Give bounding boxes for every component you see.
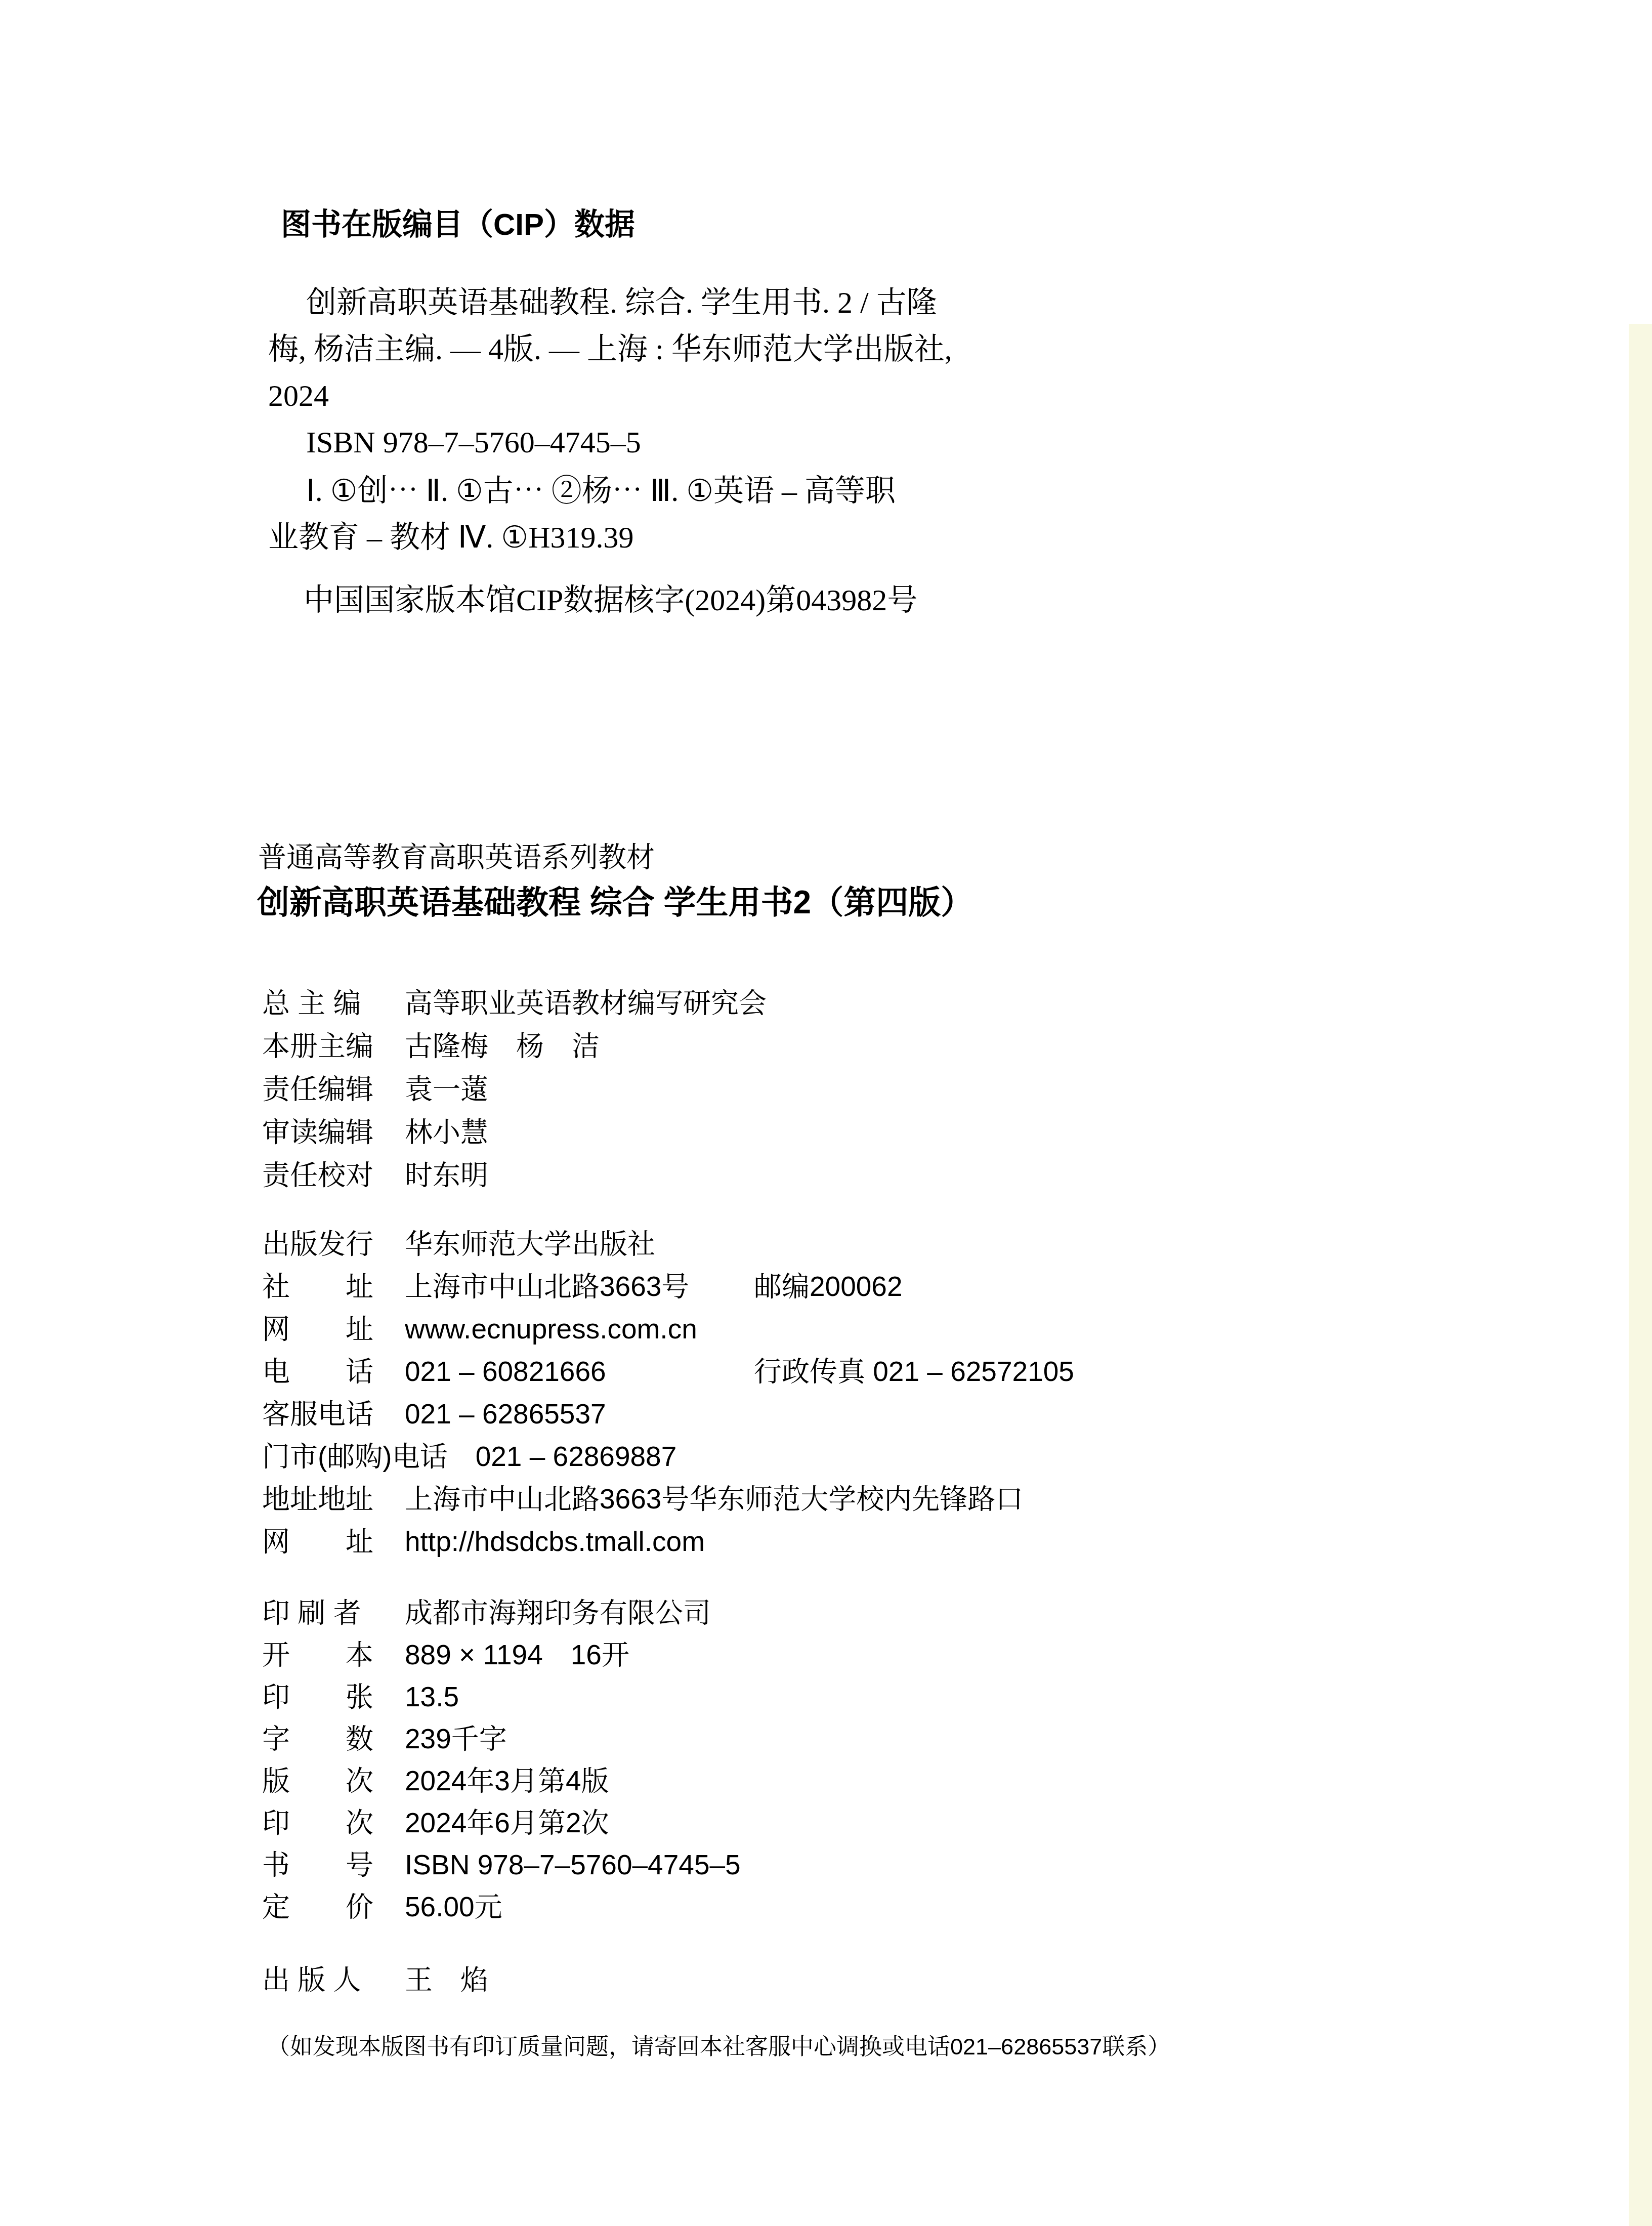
row-value: 华东师范大学出版社 bbox=[405, 1222, 655, 1262]
cip-heading: 图书在版编目（CIP）数据 bbox=[281, 200, 635, 244]
row-value: 袁一薳 bbox=[405, 1067, 488, 1107]
printing-row: 版 次 2024年3月第4版 bbox=[262, 1758, 741, 1800]
editor-row: 责任校对 时东明 bbox=[262, 1153, 767, 1196]
row-label: 印 次 bbox=[262, 1800, 405, 1840]
cip-description: 创新高职英语基础教程. 综合. 学生用书. 2 / 古隆 梅, 杨洁主编. ––… bbox=[268, 279, 952, 466]
row-value: 王 焰 bbox=[405, 1957, 488, 1997]
row-value: 2024年6月第2次 bbox=[405, 1800, 609, 1840]
printing-row: 定 价 56.00元 bbox=[262, 1884, 741, 1926]
row-value: 239千字 bbox=[405, 1716, 507, 1756]
editor-row: 责任编辑 袁一薳 bbox=[262, 1067, 767, 1110]
row-value: ISBN 978–7–5760–4745–5 bbox=[405, 1849, 741, 1881]
row-label: 版 次 bbox=[262, 1758, 405, 1798]
row-value: 2024年3月第4版 bbox=[405, 1758, 609, 1798]
row-label: 门市(邮购)电话 bbox=[262, 1434, 448, 1474]
row-value: 上海市中山北路3663号华东师范大学校内先锋路口 bbox=[405, 1477, 1023, 1517]
publisher-row: 电 话 021 – 60821666 行政传真 021 – 62572105 bbox=[262, 1349, 1023, 1392]
row-value: 021 – 60821666 bbox=[405, 1355, 606, 1388]
quality-note: （如发现本版图书有印订质量问题，请寄回本社客服中心调换或电话021–628655… bbox=[267, 2028, 1170, 2061]
row-label: 印 张 bbox=[262, 1674, 405, 1714]
row-value: 889 × 1194 16开 bbox=[405, 1632, 629, 1672]
scan-edge-strip bbox=[1629, 324, 1652, 2226]
cip-isbn-line: ISBN 978–7–5760–4745–5 bbox=[268, 419, 952, 466]
cip-description-line-1: 创新高职英语基础教程. 综合. 学生用书. 2 / 古隆 bbox=[268, 279, 952, 326]
publisher-person-row: 出 版 人 王 焰 bbox=[262, 1957, 488, 2000]
publisher-row: 地址地址 上海市中山北路3663号华东师范大学校内先锋路口 bbox=[262, 1477, 1023, 1519]
cip-classification: Ⅰ. ①创⋯ Ⅱ. ①古⋯ ②杨⋯ Ⅲ. ①英语 – 高等职 业教育 – 教材 … bbox=[268, 468, 896, 561]
printing-block: 印 刷 者 成都市海翔印务有限公司 开 本 889 × 1194 16开 印 张… bbox=[262, 1590, 741, 1926]
cip-description-line-3: 2024 bbox=[268, 372, 952, 419]
row-value: www.ecnupress.com.cn bbox=[405, 1313, 697, 1345]
row-label: 责任校对 bbox=[262, 1153, 405, 1193]
row-value: 上海市中山北路3663号 bbox=[405, 1264, 689, 1304]
row-label: 网 址 bbox=[262, 1307, 405, 1347]
publisher-row: 网 址 http://hdsdcbs.tmall.com bbox=[262, 1519, 1023, 1562]
publisher-row: 客服电话 021 – 62865537 bbox=[262, 1392, 1023, 1434]
row-label: 社 址 bbox=[262, 1264, 405, 1304]
publisher-row: 出版发行 华东师范大学出版社 bbox=[262, 1222, 1023, 1264]
publisher-block: 出版发行 华东师范大学出版社 社 址 上海市中山北路3663号 邮编200062… bbox=[262, 1222, 1023, 1562]
printing-row: 印 次 2024年6月第2次 bbox=[262, 1800, 741, 1842]
row-label: 客服电话 bbox=[262, 1392, 405, 1432]
row-label: 书 号 bbox=[262, 1842, 405, 1882]
printing-row: 书 号 ISBN 978–7–5760–4745–5 bbox=[262, 1842, 741, 1884]
cip-record-line: 中国国家版本馆CIP数据核字(2024)第043982号 bbox=[268, 577, 917, 623]
cip-description-line-2: 梅, 杨洁主编. –– 4版. –– 上海 : 华东师范大学出版社, bbox=[268, 326, 952, 372]
series-name: 普通高等教育高职英语系列教材 bbox=[258, 835, 655, 875]
publisher-person-block: 出 版 人 王 焰 bbox=[262, 1957, 488, 2000]
row-value: 021 – 62869887 bbox=[476, 1440, 677, 1473]
cip-classification-line-2: 业教育 – 教材 Ⅳ. ①H319.39 bbox=[268, 514, 896, 561]
row-label: 责任编辑 bbox=[262, 1067, 405, 1107]
row-value: 高等职业英语教材编写研究会 bbox=[405, 981, 767, 1021]
editors-block: 总 主 编 高等职业英语教材编写研究会 本册主编 古隆梅 杨 洁 责任编辑 袁一… bbox=[262, 981, 767, 1196]
printing-row: 开 本 889 × 1194 16开 bbox=[262, 1632, 741, 1674]
row-value: 林小慧 bbox=[405, 1110, 488, 1150]
printing-row: 字 数 239千字 bbox=[262, 1716, 741, 1758]
row-label: 出版发行 bbox=[262, 1222, 405, 1262]
row-label: 本册主编 bbox=[262, 1024, 405, 1064]
row-label: 总 主 编 bbox=[262, 981, 405, 1021]
cip-classification-line-1: Ⅰ. ①创⋯ Ⅱ. ①古⋯ ②杨⋯ Ⅲ. ①英语 – 高等职 bbox=[268, 468, 896, 514]
row-label: 字 数 bbox=[262, 1716, 405, 1756]
printing-row: 印 张 13.5 bbox=[262, 1674, 741, 1716]
book-title: 创新高职英语基础教程 综合 学生用书2（第四版） bbox=[257, 876, 973, 923]
row-label: 电 话 bbox=[262, 1349, 405, 1389]
editor-row: 审读编辑 林小慧 bbox=[262, 1110, 767, 1153]
row-value: 成都市海翔印务有限公司 bbox=[405, 1590, 711, 1630]
row-label: 定 价 bbox=[262, 1884, 405, 1924]
row-label: 开 本 bbox=[262, 1632, 405, 1672]
fax-number: 行政传真 021 – 62572105 bbox=[754, 1349, 1074, 1389]
cip-record-number: 中国国家版本馆CIP数据核字(2024)第043982号 bbox=[268, 577, 917, 623]
copyright-page: 图书在版编目（CIP）数据 创新高职英语基础教程. 综合. 学生用书. 2 / … bbox=[0, 0, 1652, 2226]
row-value: 时东明 bbox=[405, 1153, 488, 1193]
row-value: 56.00元 bbox=[405, 1884, 502, 1924]
row-value: 古隆梅 杨 洁 bbox=[405, 1024, 600, 1064]
publisher-row: 网 址 www.ecnupress.com.cn bbox=[262, 1307, 1023, 1349]
editor-row: 本册主编 古隆梅 杨 洁 bbox=[262, 1024, 767, 1067]
row-label: 地址地址 bbox=[262, 1477, 405, 1517]
row-label: 审读编辑 bbox=[262, 1110, 405, 1150]
printing-row: 印 刷 者 成都市海翔印务有限公司 bbox=[262, 1590, 741, 1632]
row-label: 印 刷 者 bbox=[262, 1590, 405, 1630]
row-label: 网 址 bbox=[262, 1519, 405, 1559]
row-label: 出 版 人 bbox=[262, 1957, 405, 1997]
row-value: 13.5 bbox=[405, 1681, 459, 1713]
row-value: http://hdsdcbs.tmall.com bbox=[405, 1525, 705, 1558]
row-value: 021 – 62865537 bbox=[405, 1398, 606, 1430]
postcode: 邮编200062 bbox=[754, 1264, 903, 1304]
publisher-row: 门市(邮购)电话 021 – 62869887 bbox=[262, 1434, 1023, 1477]
editor-row: 总 主 编 高等职业英语教材编写研究会 bbox=[262, 981, 767, 1024]
publisher-row: 社 址 上海市中山北路3663号 邮编200062 bbox=[262, 1264, 1023, 1307]
